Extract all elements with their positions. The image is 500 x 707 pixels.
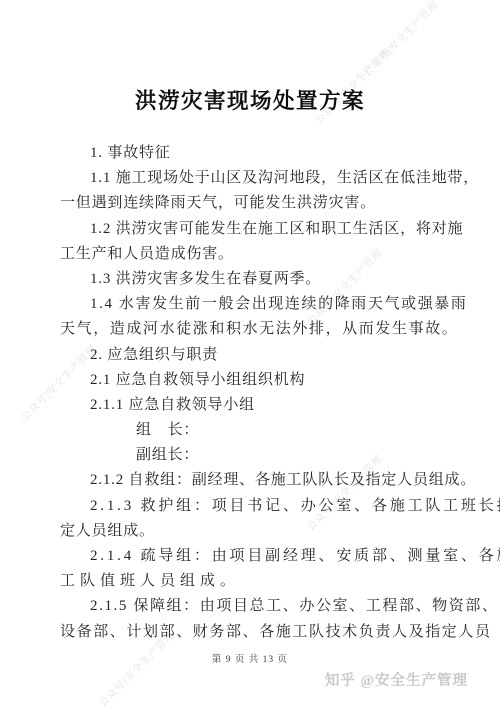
doc-line: 1. 事故特征 — [60, 141, 456, 166]
page-number: 第 9 页 共 13 页 — [0, 651, 500, 665]
doc-line: 工队值班人员组成。 — [60, 569, 456, 594]
document-body: 1. 事故特征 1.1 施工现场处于山区及沟河地段，生活区在低洼地带， 一但遇到… — [60, 141, 456, 645]
doc-line: 1.1 施工现场处于山区及沟河地段，生活区在低洼地带， — [60, 166, 456, 191]
document-page: 公众号|安全生产管理 公众号|安全生产管理 公众号|安全生产管理 公众号|安全生… — [0, 0, 500, 707]
doc-line: 1.2 洪涝灾害可能发生在施工区和职工生活区，将对施 — [60, 217, 456, 242]
doc-line: 1.4 水害发生前一般会出现连续的降雨天气或强暴雨 — [60, 292, 456, 317]
doc-line: 副组长： — [60, 443, 456, 468]
doc-line: 定人员组成。 — [60, 519, 456, 544]
doc-line: 工生产和人员造成伤害。 — [60, 242, 456, 267]
doc-line: 2.1.4 疏导组：由项目副经理、安质部、测量室、各施 — [60, 544, 456, 569]
zhihu-credit-watermark: 知乎 @安全生产管理 — [325, 669, 468, 690]
doc-line: 2. 应急组织与职责 — [60, 343, 456, 368]
doc-line: 2.1 应急自救领导小组组织机构 — [60, 368, 456, 393]
doc-line: 2.1.3 救护组：项目书记、办公室、各施工队工班长指 — [60, 494, 456, 519]
doc-line: 设备部、计划部、财务部、各施工队技术负责人及指定人员 — [60, 620, 456, 645]
doc-line: 组 长： — [60, 418, 456, 443]
doc-line: 1.3 洪涝灾害多发生在春夏两季。 — [60, 267, 456, 292]
page-title: 洪涝灾害现场处置方案 — [0, 84, 500, 115]
doc-line: 2.1.2 自救组：副经理、各施工队队长及指定人员组成。 — [60, 468, 456, 493]
doc-line: 一但遇到连续降雨天气，可能发生洪涝灾害。 — [60, 191, 456, 216]
doc-line: 天气，造成河水徒涨和积水无法外排，从而发生事故。 — [60, 317, 456, 342]
diagonal-watermark: 公众号|安全生产管理 — [359, 0, 442, 79]
doc-line: 2.1.5 保障组：由项目总工、办公室、工程部、物资部、 — [60, 594, 456, 619]
doc-line: 2.1.1 应急自救领导小组 — [60, 393, 456, 418]
